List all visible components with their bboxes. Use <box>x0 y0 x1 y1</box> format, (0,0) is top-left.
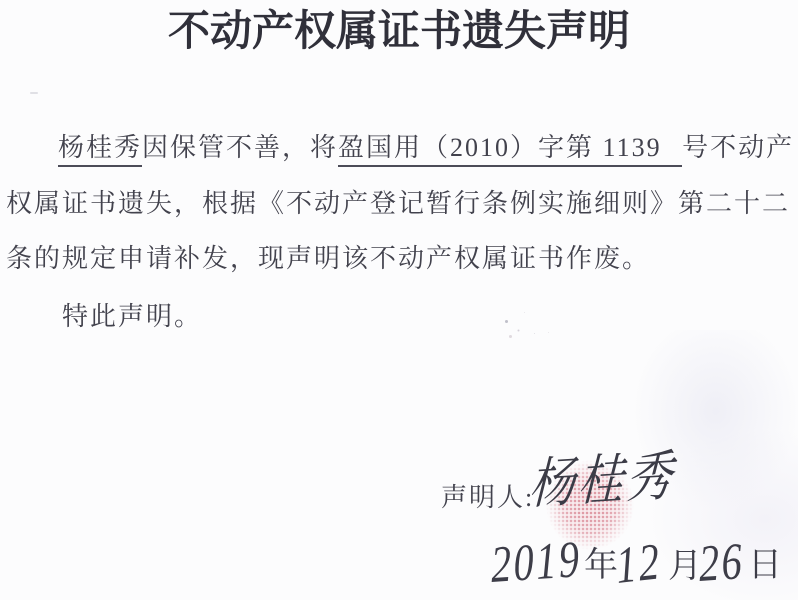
signature-label: 声明人: <box>441 477 534 514</box>
handwritten-month: 12 <box>614 536 663 593</box>
body-text-segment: 因保管不善，将 <box>142 133 338 162</box>
handwritten-year: 2019 <box>490 534 582 592</box>
handwritten-signature: 杨桂秀 <box>528 447 676 516</box>
document-title: 不动产权属证书遗失声明 <box>0 8 798 56</box>
day-unit-label: 日 <box>748 549 782 583</box>
handwritten-day: 26 <box>698 536 745 591</box>
body-line-3: 条的规定申请补发，现声明该不动产权属证书作废。 <box>6 244 650 274</box>
month-unit-label: 月 <box>668 550 702 584</box>
declarant-name-underlined: 杨桂秀 <box>58 133 142 167</box>
certificate-number-underlined: 盈国用（2010）字第 1139 <box>338 133 682 167</box>
body-line-2: 权属证书遗失，根据《不动产登记暂行条例实施细则》第二十二 <box>6 189 790 219</box>
body-line-1: 杨桂秀因保管不善，将盈国用（2010）字第 1139 号不动产 <box>58 133 794 163</box>
scan-smudge <box>505 320 508 323</box>
closing-statement: 特此声明。 <box>62 302 202 332</box>
scan-speck <box>30 92 38 94</box>
body-text-segment: 号不动产 <box>682 133 794 162</box>
year-unit-label: 年 <box>584 549 618 583</box>
scanned-declaration-document: 不动产权属证书遗失声明 杨桂秀因保管不善，将盈国用（2010）字第 1139 号… <box>0 0 798 600</box>
